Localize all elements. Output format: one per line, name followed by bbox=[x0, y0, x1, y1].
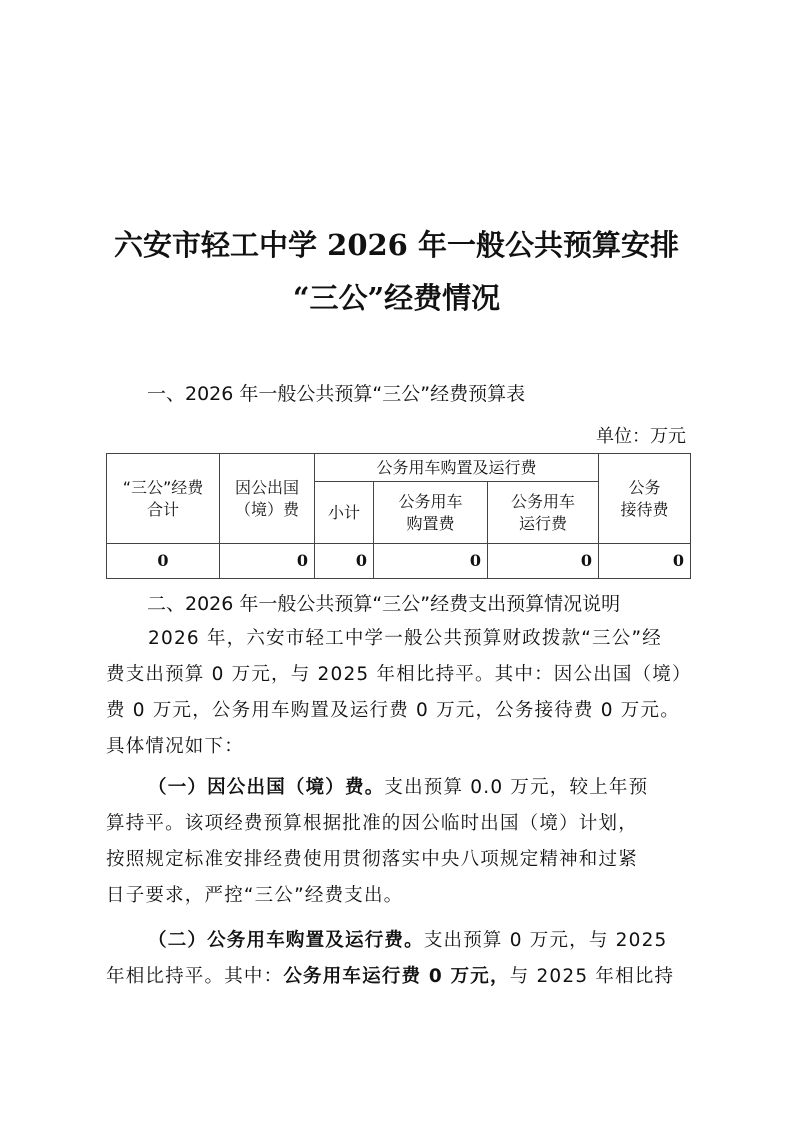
paragraph-vehicle-line1: （二）公务用车购置及运行费。支出预算 0 万元，与 2025 bbox=[106, 923, 690, 959]
header-reception-line2: 接待费 bbox=[599, 499, 690, 521]
header-abroad-line2: （境）费 bbox=[220, 499, 314, 521]
header-total: “三公”经费 合计 bbox=[107, 454, 220, 544]
abroad-line1-rest: 支出预算 0.0 万元，较上年预 bbox=[384, 777, 648, 798]
header-reception-line1: 公务 bbox=[599, 477, 690, 499]
cell-total: 0 bbox=[107, 544, 220, 579]
paragraph-abroad-line4: 日子要求，严控“三公”经费支出。 bbox=[106, 878, 690, 914]
header-vehicle-purchase-line1: 公务用车 bbox=[374, 491, 487, 513]
header-reception: 公务 接待费 bbox=[599, 454, 691, 544]
paragraph-abroad-line1: （一）因公出国（境）费。支出预算 0.0 万元，较上年预 bbox=[106, 770, 690, 806]
paragraph-abroad-line2: 算持平。该项经费预算根据批准的因公临时出国（境）计划， bbox=[106, 806, 690, 842]
header-vehicle-subtotal: 小计 bbox=[315, 482, 374, 544]
vehicle-lead: （二）公务用车购置及运行费。 bbox=[148, 930, 424, 951]
header-total-line2: 合计 bbox=[107, 499, 219, 521]
table-row: 0 0 0 0 0 0 bbox=[107, 544, 691, 579]
header-vehicle-operation-line1: 公务用车 bbox=[488, 491, 598, 513]
header-vehicle-purchase: 公务用车 购置费 bbox=[374, 482, 488, 544]
section1-heading: 一、2026 年一般公共预算“三公”经费预算表 bbox=[147, 381, 525, 407]
document-title-line2: “三公”经费情况 bbox=[0, 278, 793, 318]
paragraph-vehicle: （二）公务用车购置及运行费。支出预算 0 万元，与 2025 年相比持平。其中：… bbox=[106, 923, 690, 995]
header-vehicle-operation: 公务用车 运行费 bbox=[488, 482, 599, 544]
three-public-budget-table: “三公”经费 合计 因公出国 （境）费 公务用车购置及运行费 公务 接待费 小计… bbox=[106, 453, 691, 579]
paragraph-abroad: （一）因公出国（境）费。支出预算 0.0 万元，较上年预 算持平。该项经费预算根… bbox=[106, 770, 690, 914]
header-vehicle-group: 公务用车购置及运行费 bbox=[315, 454, 599, 482]
cell-vehicle-purchase: 0 bbox=[374, 544, 488, 579]
cell-vehicle-subtotal: 0 bbox=[315, 544, 374, 579]
vehicle-line2-end: 与 2025 年相比持 bbox=[510, 966, 675, 987]
paragraph-abroad-line3: 按照规定标准安排经费使用贯彻落实中央八项规定精神和过紧 bbox=[106, 842, 690, 878]
cell-abroad: 0 bbox=[220, 544, 315, 579]
vehicle-line2-start: 年相比持平。其中： bbox=[106, 966, 283, 987]
paragraph-summary-line1: 2026 年，六安市轻工中学一般公共预算财政拨款“三公”经 bbox=[106, 621, 690, 657]
header-abroad-line1: 因公出国 bbox=[220, 477, 314, 499]
paragraph-vehicle-line2: 年相比持平。其中：公务用车运行费 0 万元，与 2025 年相比持 bbox=[106, 959, 690, 995]
cell-vehicle-operation: 0 bbox=[488, 544, 599, 579]
vehicle-line1-rest: 支出预算 0 万元，与 2025 bbox=[424, 930, 668, 951]
abroad-lead: （一）因公出国（境）费。 bbox=[148, 777, 384, 798]
header-abroad: 因公出国 （境）费 bbox=[220, 454, 315, 544]
header-total-line1: “三公”经费 bbox=[107, 477, 219, 499]
paragraph-summary-line4: 具体情况如下： bbox=[106, 729, 690, 765]
section2-heading: 二、2026 年一般公共预算“三公”经费支出预算情况说明 bbox=[147, 591, 620, 617]
header-vehicle-purchase-line2: 购置费 bbox=[374, 513, 487, 535]
header-vehicle-operation-line2: 运行费 bbox=[488, 513, 598, 535]
cell-reception: 0 bbox=[599, 544, 691, 579]
document-title-line1: 六安市轻工中学 2026 年一般公共预算安排 bbox=[0, 225, 793, 265]
paragraph-summary-line3: 费 0 万元，公务用车购置及运行费 0 万元，公务接待费 0 万元。 bbox=[106, 693, 690, 729]
paragraph-summary: 2026 年，六安市轻工中学一般公共预算财政拨款“三公”经 费支出预算 0 万元… bbox=[106, 621, 690, 765]
document-page: 六安市轻工中学 2026 年一般公共预算安排 “三公”经费情况 一、2026 年… bbox=[0, 0, 793, 1122]
unit-label: 单位：万元 bbox=[596, 425, 686, 449]
vehicle-operation-bold: 公务用车运行费 0 万元， bbox=[283, 966, 509, 987]
paragraph-summary-line2: 费支出预算 0 万元，与 2025 年相比持平。其中：因公出国（境） bbox=[106, 657, 690, 693]
